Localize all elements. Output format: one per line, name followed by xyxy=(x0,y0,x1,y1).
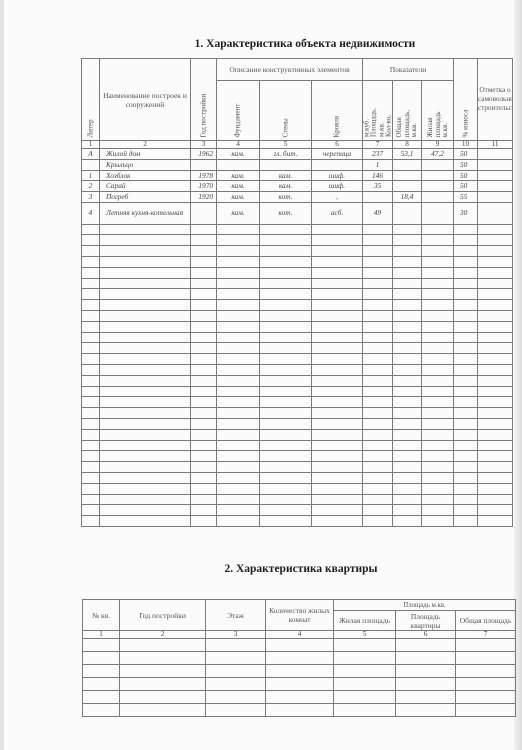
cell-liter xyxy=(82,267,100,278)
cell-total-area xyxy=(393,289,422,300)
cell-foundation: кам. xyxy=(217,170,260,181)
cell-liter xyxy=(82,224,100,235)
table-row xyxy=(83,704,516,717)
cell-volume xyxy=(363,516,393,527)
cell-living-area xyxy=(422,170,454,181)
cell-name xyxy=(100,235,191,246)
cell-total-area xyxy=(393,440,422,451)
cell-liter xyxy=(82,429,100,440)
table-row xyxy=(82,440,513,451)
cell-living-area xyxy=(422,267,454,278)
cell-name xyxy=(100,267,191,278)
cell-volume xyxy=(363,192,393,203)
cell-foundation xyxy=(217,278,260,289)
table-row xyxy=(83,691,516,704)
cell-foundation xyxy=(217,159,260,170)
cell-roof xyxy=(312,354,363,365)
cell-name xyxy=(100,278,191,289)
cell-total-area xyxy=(393,300,422,311)
cell-year xyxy=(191,429,217,440)
cell-name xyxy=(100,451,191,462)
cell-liter xyxy=(82,375,100,386)
cell-living-area xyxy=(422,310,454,321)
column-number-5: 5 xyxy=(260,141,312,149)
cell-wear xyxy=(454,332,478,343)
cell-volume xyxy=(363,235,393,246)
cell-foundation xyxy=(217,516,260,527)
cell-wear xyxy=(454,343,478,354)
cell-volume xyxy=(363,289,393,300)
cell-year xyxy=(191,159,217,170)
cell-liter xyxy=(82,418,100,429)
cell-roof xyxy=(312,494,363,505)
cell-col-5 xyxy=(334,704,396,717)
cell-col-2 xyxy=(120,652,206,665)
cell-note xyxy=(478,494,513,505)
cell-wear xyxy=(454,505,478,516)
cell-col-3 xyxy=(206,678,266,691)
cell-walls: кот. xyxy=(260,192,312,203)
apartment-characteristics-table: № кв. Год постройки Этаж Количество жилы… xyxy=(82,599,516,717)
cell-liter xyxy=(82,516,100,527)
cell-note xyxy=(478,321,513,332)
cell-year: 1970 xyxy=(191,181,217,192)
table-row xyxy=(82,321,513,332)
cell-living-area xyxy=(422,181,454,192)
cell-living-area xyxy=(422,289,454,300)
cell-walls xyxy=(260,300,312,311)
cell-roof xyxy=(312,483,363,494)
cell-roof xyxy=(312,321,363,332)
section-2-title: 2. Характеристика квартиры xyxy=(40,563,522,575)
cell-col-7 xyxy=(456,665,516,678)
cell-col-6 xyxy=(396,704,456,717)
cell-liter xyxy=(82,332,100,343)
cell-note xyxy=(478,256,513,267)
cell-wear xyxy=(454,386,478,397)
cell-liter xyxy=(82,300,100,311)
cell-col-4 xyxy=(266,639,334,652)
cell-total-area xyxy=(393,332,422,343)
cell-wear xyxy=(454,321,478,332)
cell-walls xyxy=(260,246,312,257)
cell-year xyxy=(191,440,217,451)
cell-note xyxy=(478,289,513,300)
header-apt-no: № кв. xyxy=(83,600,120,631)
cell-liter: 2 xyxy=(82,181,100,192)
cell-name xyxy=(100,494,191,505)
cell-note xyxy=(478,343,513,354)
cell-foundation xyxy=(217,224,260,235)
column-number-3: 3 xyxy=(206,631,266,639)
cell-living-area xyxy=(422,235,454,246)
cell-roof: шиф. xyxy=(312,170,363,181)
cell-volume xyxy=(363,451,393,462)
cell-total-area xyxy=(393,267,422,278)
cell-roof xyxy=(312,159,363,170)
cell-wear: 50 xyxy=(454,149,478,160)
header-living-area: Жилая площадь xyxy=(334,611,396,631)
cell-volume: 1 xyxy=(363,159,393,170)
cell-note xyxy=(478,300,513,311)
cell-year xyxy=(191,472,217,483)
cell-note xyxy=(478,192,513,203)
cell-col-4 xyxy=(266,704,334,717)
cell-year xyxy=(191,300,217,311)
cell-total-area xyxy=(393,256,422,267)
cell-roof xyxy=(312,300,363,311)
cell-walls xyxy=(260,483,312,494)
cell-year: 1978 xyxy=(191,170,217,181)
cell-living-area xyxy=(422,505,454,516)
cell-walls xyxy=(260,516,312,527)
cell-living-area xyxy=(422,224,454,235)
cell-col-6 xyxy=(396,691,456,704)
cell-liter xyxy=(82,451,100,462)
cell-wear xyxy=(454,440,478,451)
cell-col-6 xyxy=(396,678,456,691)
cell-year xyxy=(191,418,217,429)
cell-col-3 xyxy=(206,704,266,717)
cell-walls xyxy=(260,375,312,386)
header-apt-area: Площадь квартиры xyxy=(396,611,456,631)
cell-living-area xyxy=(422,397,454,408)
cell-note xyxy=(478,310,513,321)
cell-foundation xyxy=(217,451,260,462)
cell-total-area xyxy=(393,375,422,386)
table-row xyxy=(82,224,513,235)
cell-note xyxy=(478,364,513,375)
cell-foundation xyxy=(217,429,260,440)
table-row xyxy=(82,505,513,516)
cell-walls: кот. xyxy=(260,202,312,224)
cell-name xyxy=(100,386,191,397)
cell-roof xyxy=(312,256,363,267)
cell-living-area xyxy=(422,343,454,354)
header-total-area: Общая площадь, м.кв. xyxy=(393,81,422,141)
header-rooms: Количество жилых комнат xyxy=(266,600,334,631)
header-walls: Стены xyxy=(260,81,312,141)
cell-year xyxy=(191,278,217,289)
cell-total-area xyxy=(393,408,422,419)
header-living-area: Жилая площадь м.кв. xyxy=(422,81,454,141)
cell-roof: шиф. xyxy=(312,181,363,192)
cell-year xyxy=(191,451,217,462)
column-number-7: 7 xyxy=(456,631,516,639)
cell-living-area xyxy=(422,408,454,419)
cell-liter xyxy=(82,159,100,170)
cell-volume xyxy=(363,375,393,386)
cell-total-area xyxy=(393,202,422,224)
cell-roof xyxy=(312,332,363,343)
cell-year xyxy=(191,462,217,473)
cell-wear xyxy=(454,235,478,246)
cell-volume xyxy=(363,267,393,278)
cell-volume xyxy=(363,278,393,289)
cell-living-area xyxy=(422,472,454,483)
cell-note xyxy=(478,267,513,278)
table-row xyxy=(82,310,513,321)
cell-name xyxy=(100,332,191,343)
cell-liter xyxy=(82,494,100,505)
cell-wear xyxy=(454,256,478,267)
cell-col-5 xyxy=(334,678,396,691)
cell-name xyxy=(100,375,191,386)
cell-foundation xyxy=(217,300,260,311)
cell-total-area xyxy=(393,181,422,192)
cell-liter xyxy=(82,246,100,257)
cell-year xyxy=(191,483,217,494)
cell-roof xyxy=(312,505,363,516)
cell-foundation xyxy=(217,354,260,365)
header-wear: % износа xyxy=(454,59,478,141)
cell-liter xyxy=(82,256,100,267)
cell-walls xyxy=(260,354,312,365)
cell-living-area xyxy=(422,192,454,203)
cell-volume xyxy=(363,386,393,397)
header-unauthorized: Отметка о самовольном строительстве xyxy=(478,59,513,141)
cell-total-area xyxy=(393,235,422,246)
cell-wear: 50 xyxy=(454,170,478,181)
cell-name xyxy=(100,429,191,440)
cell-total-area xyxy=(393,246,422,257)
cell-liter xyxy=(82,343,100,354)
cell-walls xyxy=(260,418,312,429)
cell-year xyxy=(191,332,217,343)
cell-name xyxy=(100,440,191,451)
cell-wear xyxy=(454,516,478,527)
cell-roof xyxy=(312,278,363,289)
cell-liter xyxy=(82,354,100,365)
cell-total-area xyxy=(393,516,422,527)
table-row xyxy=(82,278,513,289)
cell-wear xyxy=(454,224,478,235)
cell-walls xyxy=(260,159,312,170)
table-row xyxy=(82,375,513,386)
cell-walls: кам. xyxy=(260,170,312,181)
cell-col-7 xyxy=(456,678,516,691)
cell-col-6 xyxy=(396,652,456,665)
table-row xyxy=(82,472,513,483)
cell-foundation xyxy=(217,440,260,451)
cell-roof xyxy=(312,267,363,278)
cell-volume xyxy=(363,483,393,494)
cell-liter: 3 xyxy=(82,192,100,203)
cell-name xyxy=(100,246,191,257)
header-year: Год постройки xyxy=(120,600,206,631)
cell-col-4 xyxy=(266,665,334,678)
cell-walls xyxy=(260,408,312,419)
cell-total-area: 18,4 xyxy=(393,192,422,203)
column-number-1: 1 xyxy=(83,631,120,639)
cell-wear xyxy=(454,418,478,429)
property-characteristics-table: Литер Наименование построек и сооружений… xyxy=(81,58,513,527)
cell-liter: 4 xyxy=(82,202,100,224)
cell-liter xyxy=(82,289,100,300)
cell-living-area xyxy=(422,418,454,429)
cell-wear xyxy=(454,246,478,257)
cell-living-area xyxy=(422,462,454,473)
cell-roof xyxy=(312,235,363,246)
cell-roof: , xyxy=(312,192,363,203)
cell-foundation xyxy=(217,289,260,300)
cell-note xyxy=(478,246,513,257)
cell-wear xyxy=(454,310,478,321)
cell-total-area xyxy=(393,321,422,332)
cell-year xyxy=(191,267,217,278)
cell-wear xyxy=(454,451,478,462)
cell-col-4 xyxy=(266,691,334,704)
cell-year xyxy=(191,256,217,267)
cell-walls: гл. бит. xyxy=(260,149,312,160)
cell-roof xyxy=(312,397,363,408)
cell-note xyxy=(478,472,513,483)
cell-wear xyxy=(454,375,478,386)
table-row xyxy=(82,332,513,343)
cell-col-1 xyxy=(83,639,120,652)
cell-foundation: кам. xyxy=(217,181,260,192)
cell-note xyxy=(478,397,513,408)
cell-volume xyxy=(363,310,393,321)
cell-volume xyxy=(363,343,393,354)
cell-living-area xyxy=(422,354,454,365)
cell-year xyxy=(191,397,217,408)
cell-name xyxy=(100,505,191,516)
cell-roof xyxy=(312,375,363,386)
cell-note xyxy=(478,170,513,181)
cell-living-area xyxy=(422,321,454,332)
cell-wear: 55 xyxy=(454,192,478,203)
cell-walls xyxy=(260,310,312,321)
cell-liter: А xyxy=(82,149,100,160)
header-area-group: Площадь м.кв. xyxy=(334,600,516,611)
cell-note xyxy=(478,278,513,289)
table-row xyxy=(82,289,513,300)
table-row: 2Сарай1970кам.кам.шиф.3550 xyxy=(82,181,513,192)
cell-walls xyxy=(260,472,312,483)
cell-roof xyxy=(312,386,363,397)
cell-volume: 237 xyxy=(363,149,393,160)
cell-roof: асб. xyxy=(312,202,363,224)
cell-wear xyxy=(454,300,478,311)
cell-name: Крыльцо xyxy=(100,159,191,170)
column-number-5: 5 xyxy=(334,631,396,639)
cell-foundation xyxy=(217,386,260,397)
cell-living-area xyxy=(422,278,454,289)
cell-total-area xyxy=(393,451,422,462)
cell-walls xyxy=(260,364,312,375)
cell-year xyxy=(191,310,217,321)
cell-liter xyxy=(82,408,100,419)
table-row: 4Летняя кухня-котельнаякам.кот.асб.4930 xyxy=(82,202,513,224)
cell-note xyxy=(478,332,513,343)
cell-name xyxy=(100,516,191,527)
cell-total-area xyxy=(393,310,422,321)
cell-total-area xyxy=(393,429,422,440)
cell-note xyxy=(478,483,513,494)
cell-note xyxy=(478,505,513,516)
column-number-8: 8 xyxy=(393,141,422,149)
cell-name: Летняя кухня-котельная xyxy=(100,202,191,224)
cell-living-area xyxy=(422,429,454,440)
column-number-9: 9 xyxy=(422,141,454,149)
cell-col-1 xyxy=(83,691,120,704)
table-row xyxy=(82,246,513,257)
cell-volume xyxy=(363,418,393,429)
cell-living-area xyxy=(422,375,454,386)
cell-living-area xyxy=(422,364,454,375)
column-number-10: 10 xyxy=(454,141,478,149)
table-row xyxy=(82,429,513,440)
cell-liter xyxy=(82,386,100,397)
cell-name xyxy=(100,462,191,473)
cell-note xyxy=(478,440,513,451)
column-number-2: 2 xyxy=(120,631,206,639)
cell-roof xyxy=(312,408,363,419)
cell-note xyxy=(478,429,513,440)
cell-liter xyxy=(82,397,100,408)
cell-living-area xyxy=(422,246,454,257)
cell-walls: кам. xyxy=(260,181,312,192)
cell-year xyxy=(191,289,217,300)
cell-living-area xyxy=(422,386,454,397)
cell-foundation: кам. xyxy=(217,149,260,160)
cell-volume xyxy=(363,462,393,473)
cell-roof xyxy=(312,246,363,257)
cell-volume xyxy=(363,364,393,375)
cell-name xyxy=(100,418,191,429)
cell-walls xyxy=(260,289,312,300)
cell-year xyxy=(191,408,217,419)
cell-year xyxy=(191,321,217,332)
cell-wear xyxy=(454,408,478,419)
cell-living-area xyxy=(422,483,454,494)
cell-roof xyxy=(312,343,363,354)
cell-year xyxy=(191,246,217,257)
cell-walls xyxy=(260,440,312,451)
cell-walls xyxy=(260,332,312,343)
cell-living-area xyxy=(422,159,454,170)
column-number-6: 6 xyxy=(396,631,456,639)
section-1-title: 1. Характеристика объекта недвижимости xyxy=(44,38,522,50)
cell-col-2 xyxy=(120,678,206,691)
cell-year: 1962 xyxy=(191,149,217,160)
cell-col-7 xyxy=(456,691,516,704)
cell-wear xyxy=(454,354,478,365)
cell-note xyxy=(478,354,513,365)
cell-liter xyxy=(82,483,100,494)
table-row xyxy=(83,639,516,652)
cell-foundation xyxy=(217,418,260,429)
column-number-11: 11 xyxy=(478,141,513,149)
table-row xyxy=(83,665,516,678)
cell-total-area xyxy=(393,159,422,170)
cell-col-4 xyxy=(266,652,334,665)
header-year: Год постройки xyxy=(191,59,217,141)
table-row xyxy=(82,343,513,354)
cell-year xyxy=(191,343,217,354)
cell-wear xyxy=(454,494,478,505)
cell-roof xyxy=(312,418,363,429)
cell-walls xyxy=(260,505,312,516)
cell-foundation xyxy=(217,483,260,494)
table-row xyxy=(82,418,513,429)
cell-col-5 xyxy=(334,665,396,678)
cell-foundation xyxy=(217,256,260,267)
cell-name xyxy=(100,300,191,311)
cell-total-area xyxy=(393,472,422,483)
column-number-4: 4 xyxy=(217,141,260,149)
